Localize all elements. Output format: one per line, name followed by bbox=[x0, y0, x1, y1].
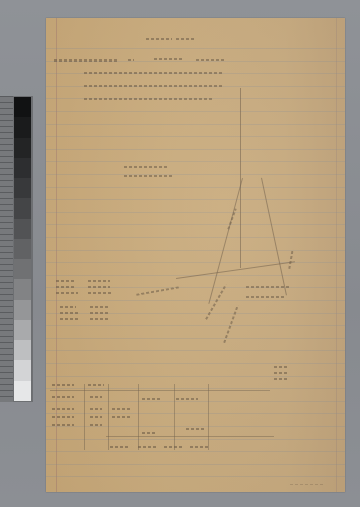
ruled-line bbox=[46, 48, 345, 49]
ruled-line bbox=[46, 476, 345, 477]
ruled-line bbox=[46, 363, 345, 364]
ruled-line bbox=[46, 401, 345, 402]
ruled-line bbox=[46, 136, 345, 137]
grayscale-swatch bbox=[14, 340, 31, 360]
ruled-line bbox=[46, 237, 345, 238]
ruled-line bbox=[46, 439, 345, 440]
ruled-line bbox=[46, 149, 345, 150]
grayscale-swatch bbox=[14, 97, 31, 117]
ruled-line bbox=[46, 451, 345, 452]
ruled-line bbox=[46, 350, 345, 351]
grayscale-swatch bbox=[14, 178, 31, 198]
measurement-ruler bbox=[0, 96, 13, 402]
grayscale-swatch bbox=[14, 300, 31, 320]
grayscale-swatch bbox=[14, 117, 31, 137]
ruled-line bbox=[46, 300, 345, 301]
grayscale-swatch bbox=[14, 279, 31, 299]
ruled-line bbox=[46, 262, 345, 263]
ruled-line bbox=[46, 413, 345, 414]
ruled-line bbox=[46, 224, 345, 225]
ruled-line bbox=[46, 124, 345, 125]
grayscale-swatch bbox=[14, 158, 31, 178]
ruled-line bbox=[46, 161, 345, 162]
ruled-line bbox=[46, 174, 345, 175]
grayscale-swatch bbox=[14, 219, 31, 239]
left-margin-line bbox=[56, 18, 57, 492]
ruled-line bbox=[46, 338, 345, 339]
ruled-line bbox=[46, 199, 345, 200]
grayscale-swatches bbox=[14, 97, 31, 401]
grayscale-swatch bbox=[14, 320, 31, 340]
grayscale-swatch bbox=[14, 360, 31, 380]
grayscale-swatch bbox=[14, 259, 31, 279]
manuscript-page bbox=[46, 18, 345, 492]
ruled-line bbox=[46, 464, 345, 465]
grayscale-swatch bbox=[14, 138, 31, 158]
archival-mark bbox=[290, 484, 324, 485]
horizontal-survey-line bbox=[176, 261, 295, 279]
ruled-line bbox=[46, 187, 345, 188]
grayscale-swatch bbox=[14, 198, 31, 218]
grayscale-swatch bbox=[14, 381, 31, 401]
ruled-line bbox=[46, 250, 345, 251]
right-margin-line bbox=[336, 18, 337, 492]
ruled-line bbox=[46, 111, 345, 112]
grayscale-swatch bbox=[14, 239, 31, 259]
ruled-line bbox=[46, 426, 345, 427]
ruled-line bbox=[46, 376, 345, 377]
ruled-line bbox=[46, 212, 345, 213]
ruled-line bbox=[46, 325, 345, 326]
